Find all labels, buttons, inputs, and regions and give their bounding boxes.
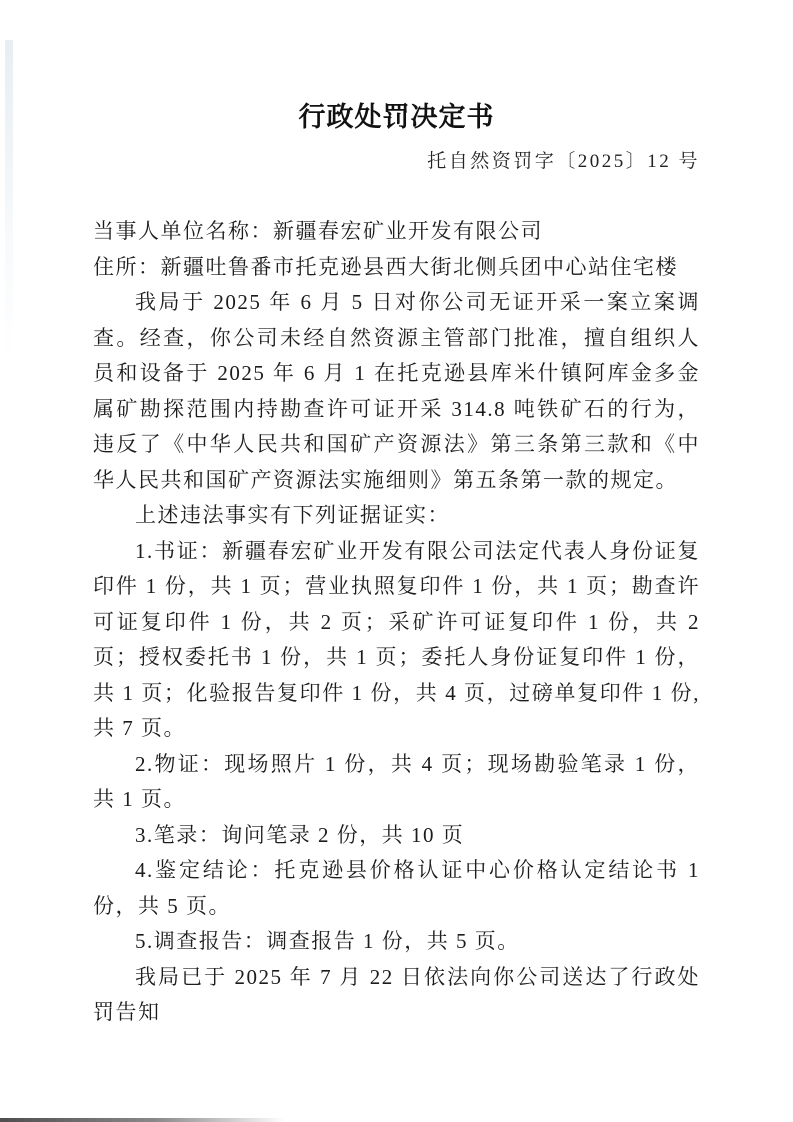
paragraph: 3.笔录：询问笔录 2 份，共 10 页 [93, 818, 700, 854]
paragraph: 我局于 2025 年 6 月 5 日对你公司无证开采一案立案调查。经查，你公司未… [93, 285, 700, 498]
paragraph: 4.鉴定结论：托克逊县价格认证中心价格认定结论书 1 份，共 5 页。 [93, 853, 700, 924]
scan-edge-artifact [5, 40, 13, 360]
scan-bottom-artifact [0, 1118, 285, 1122]
document-body: 当事人单位名称：新疆春宏矿业开发有限公司住所：新疆吐鲁番市托克逊县西大街北侧兵团… [93, 214, 700, 1031]
paragraph: 住所：新疆吐鲁番市托克逊县西大街北侧兵团中心站住宅楼 [93, 250, 700, 286]
scanned-document-page: 行政处罚决定书 托自然资罚字〔2025〕12 号 当事人单位名称：新疆春宏矿业开… [0, 0, 793, 1122]
paragraph: 2.物证：现场照片 1 份，共 4 页；现场勘验笔录 1 份，共 1 页。 [93, 747, 700, 818]
paragraph: 当事人单位名称：新疆春宏矿业开发有限公司 [93, 214, 700, 250]
document-number: 托自然资罚字〔2025〕12 号 [427, 146, 700, 173]
paragraph: 1.书证：新疆春宏矿业开发有限公司法定代表人身份证复印件 1 份，共 1 页；营… [93, 534, 700, 747]
paragraph: 上述违法事实有下列证据证实： [93, 498, 700, 534]
document-title: 行政处罚决定书 [0, 95, 793, 134]
paragraph: 我局已于 2025 年 7 月 22 日依法向你公司送达了行政处罚告知 [93, 960, 700, 1031]
paragraph: 5.调查报告：调查报告 1 份，共 5 页。 [93, 924, 700, 960]
